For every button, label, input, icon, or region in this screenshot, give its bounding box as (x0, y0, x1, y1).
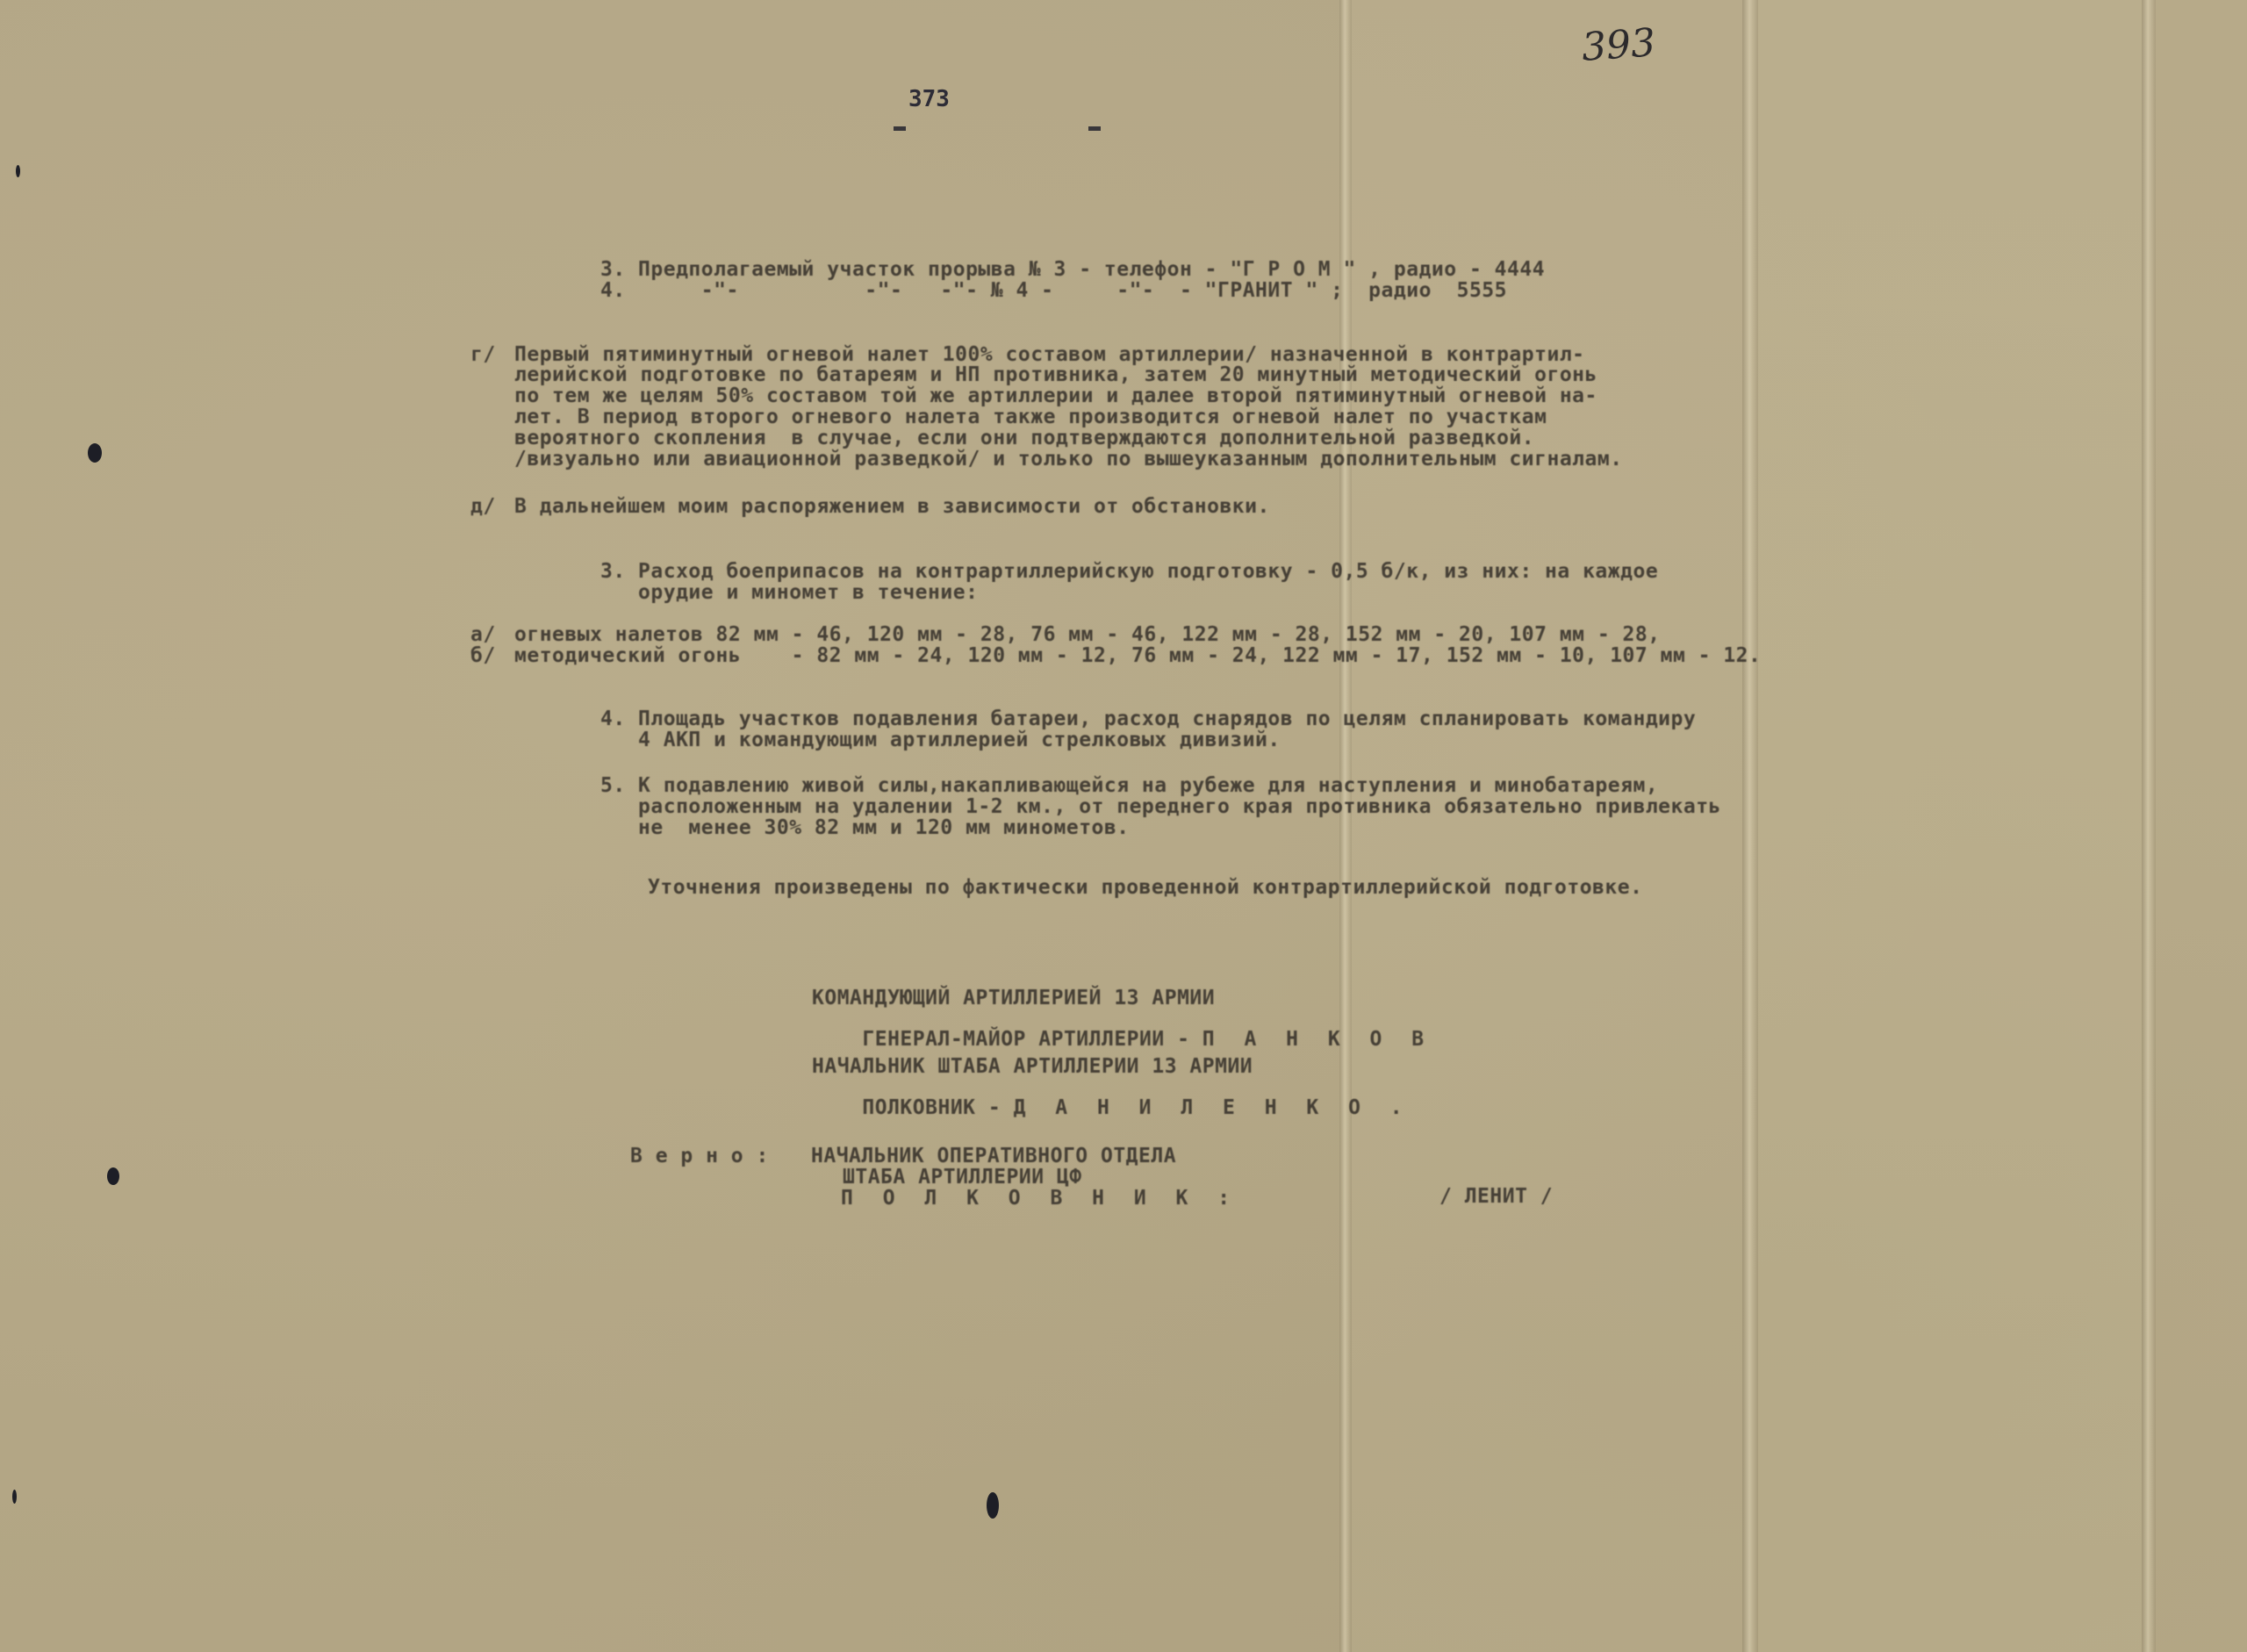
item-4-line: 4. Площадь участков подавления батареи, … (600, 709, 1696, 729)
ammo-row-label: б/ (470, 646, 496, 666)
item-5-line: не менее 30% 82 мм и 120 мм минометов. (600, 818, 1130, 838)
paper-fold-line (1339, 0, 1352, 1652)
signature-title: КОМАНДУЮЩИЙ АРТИЛЛЕРИЕЙ 13 АРМИИ (812, 988, 1215, 1009)
item-g-line: лет. В период второго огневого налета та… (514, 407, 1547, 427)
page-dash (1088, 126, 1101, 131)
binding-hole (16, 165, 20, 177)
item-3-line: орудие и миномет в течение: (600, 583, 978, 603)
paper-panel (1758, 0, 2142, 1652)
ammo-row-text: методический огонь - 82 мм - 24, 120 мм … (514, 646, 1761, 666)
verified-title: НАЧАЛЬНИК ОПЕРАТИВНОГО ОТДЕЛА (811, 1146, 1176, 1167)
signatory-name: Д А Н И Л Е Н К О . (1014, 1096, 1411, 1119)
item-g-label: г/ (470, 345, 496, 365)
paper-fold-line (2142, 0, 2156, 1652)
item-g-line: лерийской подготовке по батареям и НП пр… (514, 365, 1597, 385)
binding-hole (107, 1167, 119, 1185)
item-d-label: д/ (470, 497, 496, 517)
item-3-line: 3. Расход боеприпасов на контрартиллерий… (600, 562, 1658, 582)
item-g-line: /визуально или авиационной разведкой/ и … (514, 449, 1623, 470)
binding-hole (12, 1490, 17, 1504)
binding-hole (987, 1492, 999, 1519)
verified-name: / ЛЕНИТ / (1439, 1187, 1553, 1207)
item-g-line: Первый пятиминутный огневой налет 100% с… (514, 345, 1585, 365)
item-4-line: 4 АКП и командующим артиллерией стрелков… (600, 730, 1281, 751)
signature-rank-text: ПОЛКОВНИК - (862, 1096, 1013, 1119)
signatory-name: П А Н К О В (1202, 1028, 1432, 1051)
signature-title: НАЧАЛЬНИК ШТАБА АРТИЛЛЕРИИ 13 АРМИИ (812, 1057, 1253, 1077)
callsign-line-3: 3. Предполагаемый участок прорыва № 3 - … (600, 260, 1545, 280)
verified-title: ШТАБА АРТИЛЛЕРИИ ЦФ (843, 1167, 1082, 1188)
ammo-row-label: а/ (470, 625, 496, 645)
paper-fold-line (1742, 0, 1758, 1652)
item-g-line: по тем же целям 50% составом той же арти… (514, 386, 1597, 406)
callsign-line-4: 4. -"- -"- -"- № 4 - -"- - "ГРАНИТ " ; р… (600, 281, 1507, 301)
binding-hole (88, 443, 102, 463)
signature-rank: ПОЛКОВНИК - Д А Н И Л Е Н К О . (812, 1078, 1411, 1138)
item-g-line: вероятного скопления в случае, если они … (514, 428, 1534, 449)
item-5-line: 5. К подавлению живой силы,накапливающей… (600, 776, 1658, 796)
folio-number-handwritten: 393 (1580, 20, 1656, 70)
verified-rank: П О Л К О В Н И К : (841, 1189, 1238, 1209)
item-d-text: В дальнейшем моим распоряжением в зависи… (514, 497, 1270, 517)
document-page: 393 373 3. Предполагаемый участок прорыв… (0, 0, 2247, 1652)
ammo-row-text: огневых налетов 82 мм - 46, 120 мм - 28,… (514, 625, 1661, 645)
page-dash (894, 126, 906, 131)
verified-label: В е р н о : (630, 1146, 769, 1167)
signature-rank-text: ГЕНЕРАЛ-МАЙОР АРТИЛЛЕРИИ - (862, 1028, 1202, 1051)
item-5-line: расположенным на удалении 1-2 км., от пе… (600, 797, 1721, 817)
clarification-note: Уточнения произведены по фактически пров… (648, 878, 1642, 898)
page-number: 373 (908, 86, 950, 112)
paper-panel (1352, 0, 1742, 1652)
paper-panel (2156, 0, 2247, 1652)
